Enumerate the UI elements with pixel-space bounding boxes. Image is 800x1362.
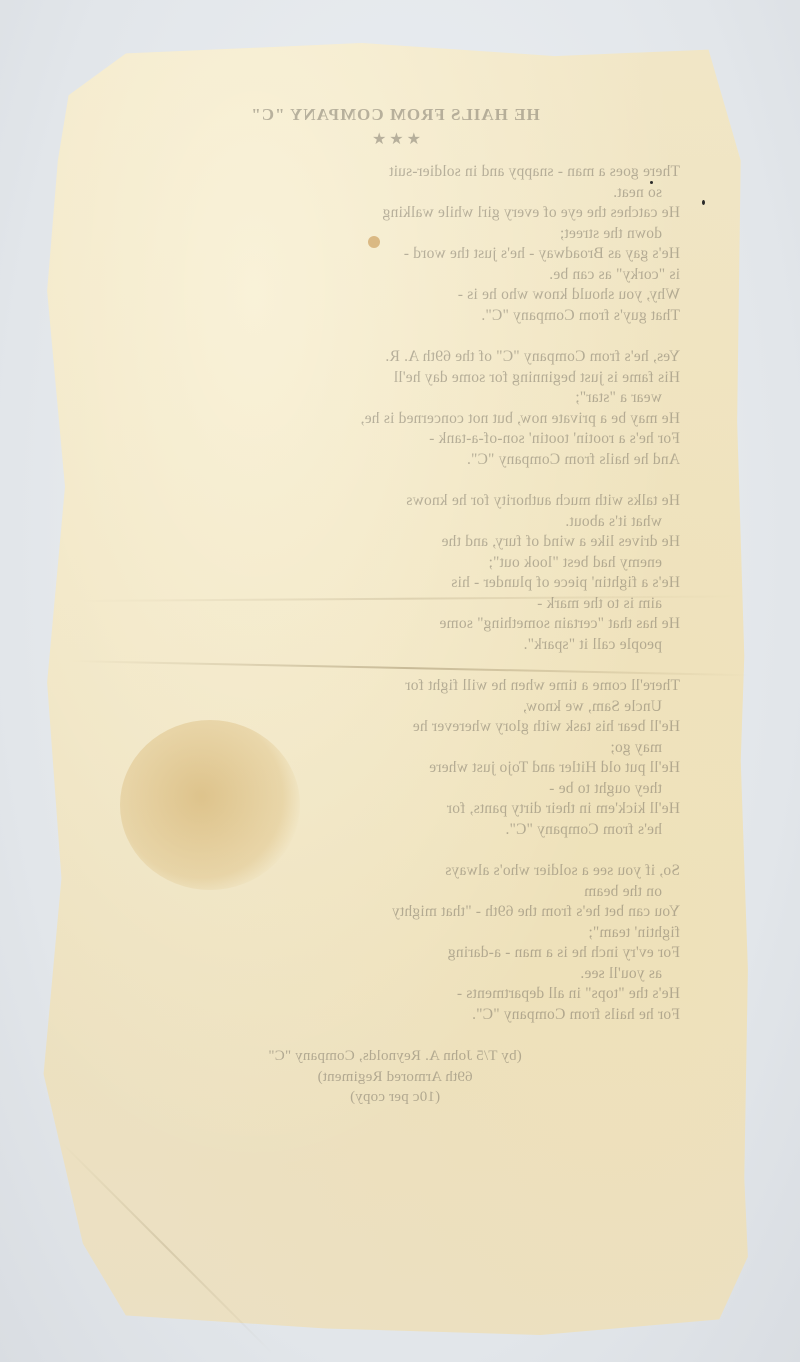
poem-line: There goes a man - snappy and in soldier…	[110, 162, 680, 183]
poem-line: That guy's from Company "C".	[110, 306, 680, 327]
poem-stanza: He talks with much authority for he know…	[110, 491, 680, 655]
poem-line: Uncle Sam, we know,	[110, 697, 680, 718]
poem-line: fightin' team";	[110, 923, 680, 944]
credit-line: (by T/5 John A. Reynolds, Company "C"	[110, 1046, 680, 1067]
poem-line: You can bet he's from the 69th - "that m…	[110, 902, 680, 923]
poem-line: He talks with much authority for he know…	[110, 491, 680, 512]
poem-line: For he hails from Company "C".	[110, 1005, 680, 1026]
poem-line: He may be a private now, but not concern…	[110, 409, 680, 430]
poem-line: they ought to be -	[110, 779, 680, 800]
poem-line: He'll kick'em in their dirty pants, for	[110, 799, 680, 820]
poem-line: wear a "star";	[110, 388, 680, 409]
poem-stanza: There'll come a time when he will fight …	[110, 676, 680, 840]
poem-stanzas: There goes a man - snappy and in soldier…	[110, 162, 680, 1025]
poem-title: HE HAILS FROM COMPANY "C"	[110, 105, 680, 126]
mirrored-poem-text: HE HAILS FROM COMPANY "C" ★★★ There goes…	[110, 105, 680, 1108]
poem-line: so neat.	[110, 183, 680, 204]
poem-line: he's from Company "C".	[110, 820, 680, 841]
poem-line: For he's a rootin' tootin' son-of-a-tank…	[110, 429, 680, 450]
poem-line: He's the "tops" in all departments -	[110, 984, 680, 1005]
ink-speck	[702, 200, 705, 205]
poem-line: as you'll see.	[110, 964, 680, 985]
poem-line: may go;	[110, 738, 680, 759]
poem-line: He catches the eye of every girl while w…	[110, 203, 680, 224]
poem-line: He's gay as Broadway - he's just the wor…	[110, 244, 680, 265]
poem-line: people call it "spark".	[110, 635, 680, 656]
poem-line: He drives like a wind of fury, and the	[110, 532, 680, 553]
poem-line: So, if you see a soldier who's always	[110, 861, 680, 882]
credit-line: 69th Armored Regiment)	[110, 1067, 680, 1088]
poem-line: He has that "certain something" some	[110, 614, 680, 635]
poem-line: is "corky" as can be.	[110, 265, 680, 286]
poem-stanza: Yes, he's from Company "C" of the 69th A…	[110, 347, 680, 470]
poem-line: aim is to the mark -	[110, 594, 680, 615]
poem-line: And he hails from Company "C".	[110, 450, 680, 471]
poem-line: on the beam	[110, 882, 680, 903]
poem-line: what it's about.	[110, 512, 680, 533]
poem-credits: (by T/5 John A. Reynolds, Company "C" 69…	[110, 1046, 680, 1108]
poem-line: Why, you should know who he is -	[110, 285, 680, 306]
poem-line: enemy had best "look out";	[110, 553, 680, 574]
poem-stanza: So, if you see a soldier who's alwayson …	[110, 861, 680, 1025]
poem-line: His fame is just beginning for some day …	[110, 368, 680, 389]
poem-line: For ev'ry inch he is a man - a-daring	[110, 943, 680, 964]
poem-stanza: There goes a man - snappy and in soldier…	[110, 162, 680, 326]
poem-line: There'll come a time when he will fight …	[110, 676, 680, 697]
star-ornament: ★★★	[110, 130, 680, 151]
poem-line: He'll put old Hitler and Tojo just where	[110, 758, 680, 779]
credit-line: (10c per copy)	[110, 1087, 680, 1108]
poem-line: Yes, he's from Company "C" of the 69th A…	[110, 347, 680, 368]
poem-line: He'll bear his task with glory wherever …	[110, 717, 680, 738]
poem-line: He's a fightin' piece of plunder - his	[110, 573, 680, 594]
poem-line: down the street;	[110, 224, 680, 245]
